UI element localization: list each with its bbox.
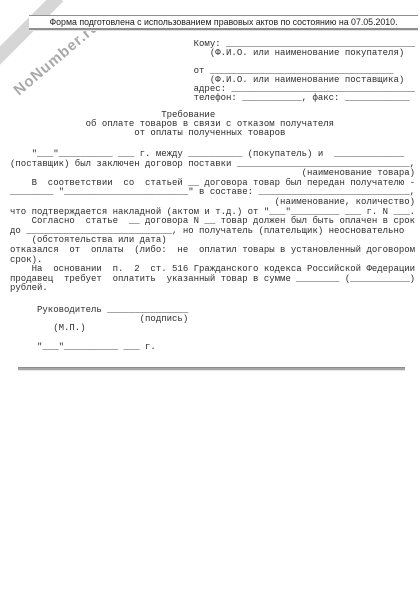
body-line-1: "___"__________ ___ г. между __________ … bbox=[10, 150, 404, 159]
body-line-15: рублей. bbox=[10, 284, 48, 293]
source-note-text: Форма подготовлена с использованием прав… bbox=[29, 16, 418, 27]
stamp-mark: (М.П.) bbox=[10, 324, 86, 333]
body-line-14: продавец требует оплатить указанный това… bbox=[10, 275, 415, 284]
recipient-to-hint: (Ф.И.О. или наименование покупателя) bbox=[10, 49, 404, 58]
body-line-3: (наименование товара) bbox=[10, 169, 415, 178]
source-note-bar: Форма подготовлена с использованием прав… bbox=[29, 15, 418, 31]
signature-date-line: "___"__________ ___ г. bbox=[10, 343, 156, 352]
source-note-rule-bottom bbox=[29, 28, 418, 31]
bottom-divider-rule bbox=[18, 367, 405, 371]
document-page: NoNumber.ru Форма подготовлена с использ… bbox=[0, 0, 420, 600]
body-line-5: ________ "_______________________" в сос… bbox=[10, 188, 415, 197]
recipient-phone-fax-line: телефон: ___________, факс: ____________ bbox=[10, 94, 410, 103]
form-title-line-3: от оплаты полученных товаров bbox=[10, 129, 285, 138]
body-line-8: Согласно статье __ договора N __ товар д… bbox=[10, 217, 415, 226]
body-line-13: На основании п. 2 ст. 516 Гражданского к… bbox=[10, 265, 415, 274]
body-line-6: (наименование, количество) bbox=[10, 198, 415, 207]
body-line-11: отказался от оплаты (либо: не оплатил то… bbox=[10, 246, 415, 255]
body-line-10: (обстоятельства или дата) bbox=[10, 236, 167, 245]
